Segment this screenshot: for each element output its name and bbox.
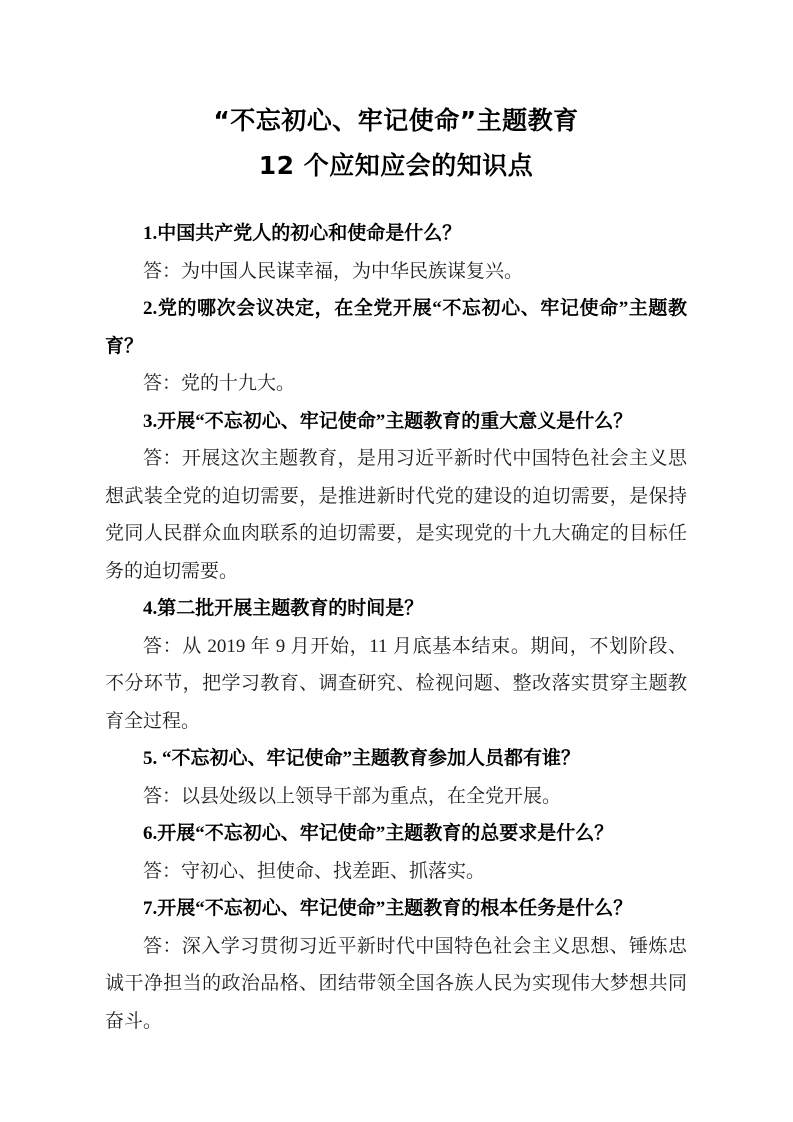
answer-7: 答：深入学习贯彻习近平新时代中国特色社会主义思想、锤炼忠诚干净担当的政治品格、团… [105, 928, 687, 1041]
question-2: 2.党的哪次会议决定，在全党开展“不忘初心、牢记使命”主题教育？ [105, 290, 687, 365]
question-3: 3.开展“不忘初心、牢记使命”主题教育的重大意义是什么？ [105, 403, 687, 441]
answer-1: 答：为中国人民谋幸福，为中华民族谋复兴。 [105, 253, 687, 291]
question-4: 4.第二批开展主题教育的时间是？ [105, 590, 687, 628]
question-7: 7.开展“不忘初心、牢记使命”主题教育的根本任务是什么？ [105, 890, 687, 928]
answer-3: 答：开展这次主题教育，是用习近平新时代中国特色社会主义思想武装全党的迫切需要，是… [105, 440, 687, 590]
question-6: 6.开展“不忘初心、牢记使命”主题教育的总要求是什么？ [105, 815, 687, 853]
answer-5: 答：以县处级以上领导干部为重点，在全党开展。 [105, 778, 687, 816]
document-title: “不忘初心、牢记使命”主题教育 [105, 98, 687, 143]
answer-6: 答：守初心、担使命、找差距、抓落实。 [105, 853, 687, 891]
question-1: 1.中国共产党人的初心和使命是什么？ [105, 215, 687, 253]
answer-2: 答：党的十九大。 [105, 365, 687, 403]
document-page: “不忘初心、牢记使命”主题教育 12 个应知应会的知识点 1.中国共产党人的初心… [0, 0, 793, 1122]
answer-4: 答：从 2019 年 9 月开始，11 月底基本结束。期间，不划阶段、不分环节，… [105, 628, 687, 741]
qa-list: 1.中国共产党人的初心和使命是什么？ 答：为中国人民谋幸福，为中华民族谋复兴。 … [105, 215, 687, 1040]
document-subtitle: 12 个应知应会的知识点 [105, 143, 687, 188]
question-5: 5. “不忘初心、牢记使命”主题教育参加人员都有谁？ [105, 740, 687, 778]
